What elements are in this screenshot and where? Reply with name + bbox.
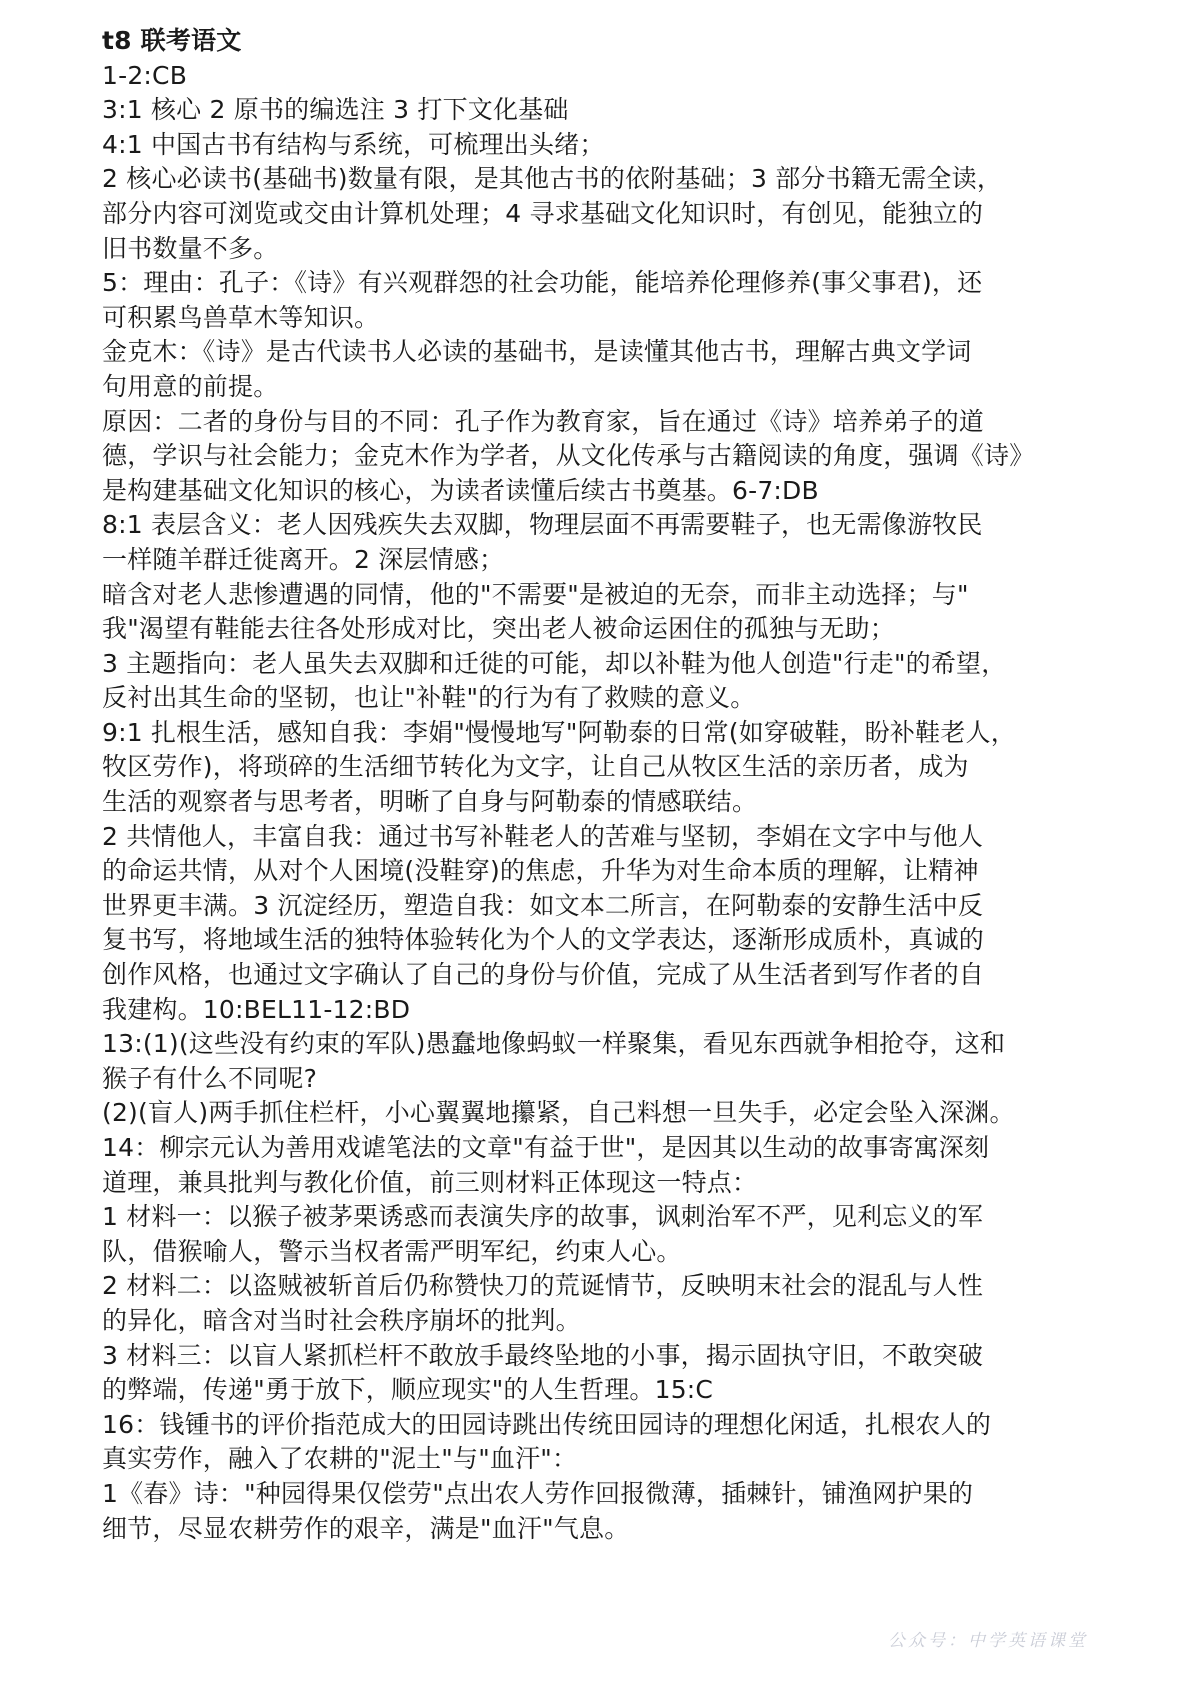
answer-line-16: 16：钱锺书的评价指范成大的田园诗跳出传统田园诗的理想化闲适，扎根农人的 [102,1408,1032,1443]
text-line: 德，学识与社会能力；金克木作为学者，从文化传承与古籍阅读的角度，强调《诗》 [102,439,1032,474]
answer-line-13: 13:(1)(这些没有约束的军队)愚蠢地像蚂蚁一样聚集，看见东西就争相抢夺，这和 [102,1027,1032,1062]
text-line: 我"渴望有鞋能去往各处形成对比，突出老人被命运困住的孤独与无助； [102,612,1032,647]
text-line: 队，借猴喻人，警示当权者需严明军纪，约束人心。 [102,1235,1032,1270]
text-line: 原因：二者的身份与目的不同：孔子作为教育家，旨在通过《诗》培养弟子的道 [102,405,1032,440]
answer-line-5: 5：理由：孔子：《诗》有兴观群怨的社会功能，能培养伦理修养(事父事君)，还 [102,266,1032,301]
text-line: 句用意的前提。 [102,370,1032,405]
text-line: 真实劳作，融入了农耕的"泥土"与"血汗"： [102,1442,1032,1477]
text-line: 2 材料二：以盗贼被斩首后仍称赞快刀的荒诞情节，反映明末社会的混乱与人性 [102,1269,1032,1304]
text-line: 1 材料一：以猴子被茅栗诱惑而表演失序的故事，讽刺治军不严，见利忘义的军 [102,1200,1032,1235]
text-line: 是构建基础文化知识的核心，为读者读懂后续古书奠基。6-7:DB [102,474,1032,509]
text-line: 的弊端，传递"勇于放下，顺应现实"的人生哲理。15:C [102,1373,1032,1408]
text-line: 部分内容可浏览或交由计算机处理；4 寻求基础文化知识时，有创见，能独立的 [102,197,1032,232]
answer-line-14: 14：柳宗元认为善用戏谑笔法的文章"有益于世"，是因其以生动的故事寄寓深刻 [102,1131,1032,1166]
text-line: 复书写，将地域生活的独特体验转化为个人的文学表达，逐渐形成质朴，真诚的 [102,923,1032,958]
text-line: 金克木：《诗》是古代读书人必读的基础书，是读懂其他古书，理解古典文学词 [102,335,1032,370]
text-line: 一样随羊群迁徙离开。2 深层情感； [102,543,1032,578]
text-line: 的命运共情，从对个人困境(没鞋穿)的焦虑，升华为对生命本质的理解，让精神 [102,854,1032,889]
text-line: 反衬出其生命的坚韧，也让"补鞋"的行为有了救赎的意义。 [102,681,1032,716]
text-line: 旧书数量不多。 [102,232,1032,267]
text-line: 2 核心必读书(基础书)数量有限，是其他古书的依附基础；3 部分书籍无需全读， [102,162,1032,197]
text-line: 可积累鸟兽草木等知识。 [102,301,1032,336]
answer-line-4: 4:1 中国古书有结构与系统，可梳理出头绪； [102,128,1032,163]
text-line: 创作风格，也通过文字确认了自己的身份与价值，完成了从生活者到写作者的自 [102,958,1032,993]
answer-line-8: 8:1 表层含义：老人因残疾失去双脚，物理层面不再需要鞋子，也无需像游牧民 [102,508,1032,543]
text-line: 1《春》诗："种园得果仅偿劳"点出农人劳作回报微薄，插棘针，铺渔网护果的 [102,1477,1032,1512]
text-line: 暗含对老人悲惨遭遇的同情，他的"不需要"是被迫的无奈，而非主动选择；与" [102,578,1032,613]
answer-key-document: t8 联考语文 1-2:CB 3:1 核心 2 原书的编选注 3 打下文化基础 … [102,24,1032,1546]
text-line: 的异化，暗含对当时社会秩序崩坏的批判。 [102,1304,1032,1339]
text-line: 3 主题指向：老人虽失去双脚和迁徙的可能，却以补鞋为他人创造"行走"的希望， [102,647,1032,682]
text-line: 牧区劳作)，将琐碎的生活细节转化为文字，让自己从牧区生活的亲历者，成为 [102,750,1032,785]
text-line: 猴子有什么不同呢? [102,1062,1032,1097]
answer-line-9: 9:1 扎根生活，感知自我：李娟"慢慢地写"阿勒泰的日常(如穿破鞋，盼补鞋老人， [102,716,1032,751]
text-line: 世界更丰满。3 沉淀经历，塑造自我：如文本二所言，在阿勒泰的安静生活中反 [102,889,1032,924]
text-line: 我建构。10:BEL11-12:BD [102,993,1032,1028]
text-line: 2 共情他人，丰富自我：通过书写补鞋老人的苦难与坚韧，李娟在文字中与他人 [102,820,1032,855]
answer-line-3: 3:1 核心 2 原书的编选注 3 打下文化基础 [102,93,1032,128]
text-line: 3 材料三：以盲人紧抓栏杆不敢放手最终坠地的小事，揭示固执守旧，不敢突破 [102,1339,1032,1374]
text-line: 生活的观察者与思考者，明晰了自身与阿勒泰的情感联结。 [102,785,1032,820]
text-line: (2)(盲人)两手抓住栏杆，小心翼翼地攥紧，自己料想一旦失手，必定会坠入深渊。 [102,1096,1032,1131]
text-line: 道理，兼具批判与教化价值，前三则材料正体现这一特点： [102,1166,1032,1201]
document-title: t8 联考语文 [102,24,1032,59]
answer-line-1-2: 1-2:CB [102,59,1032,94]
watermark: 公众号：中学英语课堂 [888,1626,1088,1651]
text-line: 细节，尽显农耕劳作的艰辛，满是"血汗"气息。 [102,1512,1032,1547]
